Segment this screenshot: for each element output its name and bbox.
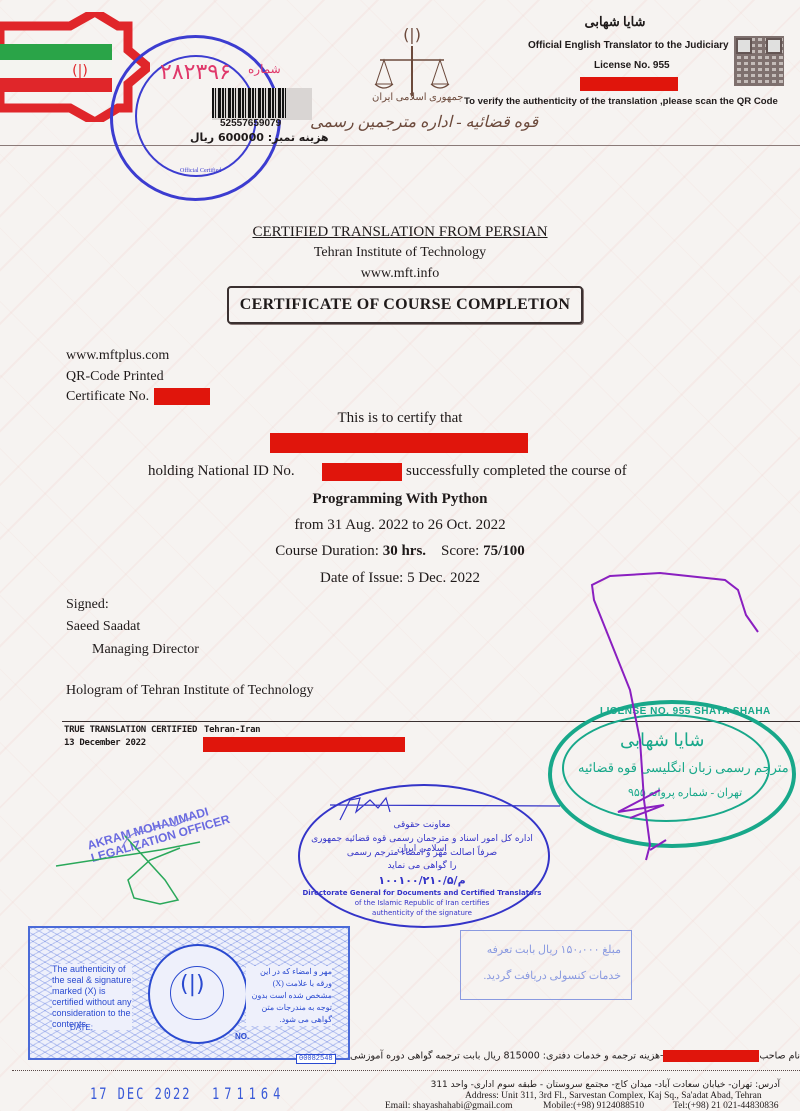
certification-date: 13 December 2022: [64, 738, 146, 748]
hologram-note: Hologram of Tehran Institute of Technolo…: [66, 683, 314, 699]
stamp-fee: هزینه تمبر: 600000 ریال: [190, 131, 329, 144]
certify-intro: This is to certify that: [0, 410, 800, 427]
address-fa: آدرس: تهران- خیابان سعادت آباد- میدان کا…: [420, 1080, 780, 1090]
translator-seal-name: شایا شهابی: [620, 730, 704, 751]
legalization-date-label: DATE:: [70, 1023, 93, 1032]
course-duration-score: Course Duration: 30 hrs. Score: 75/100: [0, 543, 800, 560]
translation-fee-line: نام صاحب-هزینه ترجمه و خدمات دفتری: 8150…: [340, 1050, 800, 1062]
duration-value: 30 hrs.: [383, 543, 426, 559]
legalization-officer-stamp: AKRAM MOHAMMADI LEGALIZATION OFFICER: [86, 800, 231, 865]
issue-date: Date of Issue: 5 Dec. 2022: [0, 570, 800, 587]
translator-title: Official English Translator to the Judic…: [528, 40, 729, 51]
emblem-glyph-icon: (|): [180, 972, 205, 997]
signer-name: Saeed Saadat: [66, 619, 140, 635]
barcode-number: 52557659079: [220, 118, 281, 129]
institute-website: www.mft.info: [0, 266, 800, 282]
consular-fee-stamp: مبلغ ۱۵۰،۰۰۰ ریال بابت تعرفه خدمات کنسول…: [460, 930, 632, 1000]
redacted-owner-name: [663, 1050, 759, 1062]
redacted-national-id: [322, 463, 402, 481]
judiciary-seal-number: ۱۰۰۱۰۰/م/۲۱۰/۵: [298, 874, 546, 887]
judiciary-seal-en1: Directorate General for Documents and Ce…: [298, 889, 546, 897]
certificate-number-label: Certificate No.: [66, 389, 149, 405]
contact-mobile: Mobile:(+98) 9124088510: [543, 1101, 644, 1111]
contact-email: Email: shayashahabi@gmail.com: [385, 1101, 512, 1111]
barcode-icon: [212, 88, 286, 118]
legalization-no-label: NO.: [235, 1032, 249, 1041]
institute-name: Tehran Institute of Technology: [0, 245, 800, 261]
signed-label: Signed:: [66, 597, 109, 613]
score-value: 75/100: [483, 543, 525, 559]
redacted-certificate-number: [154, 388, 210, 405]
judiciary-country-label: جمهوری اسلامی ایران: [372, 92, 463, 103]
true-translation-label: TRUE TRANSLATION CERTIFIED: [64, 725, 197, 735]
translation-heading: CERTIFIED TRANSLATION FROM PERSIAN: [0, 224, 800, 241]
certificate-title: CERTIFICATE OF COURSE COMPLETION: [227, 286, 583, 324]
judiciary-department-label: قوه قضائیه - اداره مترجمین رسمی: [310, 112, 538, 132]
redacted-holder-name: [270, 433, 528, 453]
national-id-label: holding National ID No.: [148, 463, 295, 480]
consular-fee-line2: خدمات کنسولی دریافت گردید.: [484, 969, 621, 982]
course-name: Programming With Python: [0, 491, 800, 508]
footer-divider: [12, 1070, 800, 1071]
redacted-translator-info: [580, 77, 678, 91]
translator-name-fa: شایا شهابی: [560, 14, 670, 30]
duration-label: Course Duration:: [275, 543, 379, 559]
stamp-serial-label: شماره: [248, 62, 281, 77]
translator-seal-title: مترجم رسمی زبان انگلیسی قوه قضائیه: [578, 760, 789, 776]
legalization-text-fa: مهر و امضاء که در این ورقه با علامت (X) …: [246, 966, 332, 1026]
verify-note: To verify the authenticity of the transl…: [464, 96, 778, 107]
redacted-translator-name: [203, 737, 405, 752]
site-url: www.mftplus.com: [66, 348, 169, 364]
judiciary-seal-en3: authenticity of the signature: [298, 909, 546, 917]
qr-note: QR-Code Printed: [66, 369, 164, 385]
legalization-text-en: The authenticity of the seal & signature…: [52, 964, 132, 1030]
address-en: Address: Unit 311, 3rd Fl., Sarvestan Co…: [465, 1091, 762, 1101]
signer-title: Managing Director: [92, 642, 199, 658]
stamp-footer-text: Official Certified: [180, 168, 221, 174]
legalization-serial: 00082548: [296, 1054, 336, 1064]
legalization-stamp-date: 17 DEC 2022: [90, 1085, 191, 1103]
course-period: from 31 Aug. 2022 to 26 Oct. 2022: [0, 517, 800, 534]
fee-description: -هزینه ترجمه و خدمات دفتری: 815000 ریال …: [350, 1051, 663, 1062]
stamp-serial-number: ۲۸۲۳۹۶: [160, 60, 231, 85]
qr-code-icon[interactable]: [734, 36, 784, 86]
svg-text:(|): (|): [72, 63, 88, 79]
svg-text:(|): (|): [403, 25, 421, 44]
translator-seal-ring-text: LICENSE NO. 955 SHAYA SHAHABI CERTIFIED …: [600, 706, 770, 717]
translator-seal-city: تهران - شماره پروانه ۹۵۵: [628, 786, 742, 799]
judiciary-seal-line3: را گواهی می نماید: [298, 861, 546, 871]
legalization-stamp-sequence: 171164: [212, 1085, 285, 1103]
judiciary-seal-en2: of the Islamic Republic of Iran certifie…: [298, 899, 546, 907]
contact-tel: Tel:(+98) 21 021-44830836: [673, 1101, 778, 1111]
completion-text: successfully completed the course of: [406, 463, 627, 480]
judiciary-seal-line2: صرفاً اصالت مهر و امضاء مترجم رسمی: [298, 848, 546, 858]
certification-location: Tehran-Iran: [204, 725, 260, 735]
score-label: Score:: [441, 543, 479, 559]
judiciary-seal-department: معاونت حقوقی: [298, 820, 546, 830]
consular-fee-line1: مبلغ ۱۵۰،۰۰۰ ریال بابت تعرفه: [487, 943, 621, 956]
owner-label: نام صاحب: [759, 1051, 800, 1062]
license-number: License No. 955: [594, 60, 670, 71]
